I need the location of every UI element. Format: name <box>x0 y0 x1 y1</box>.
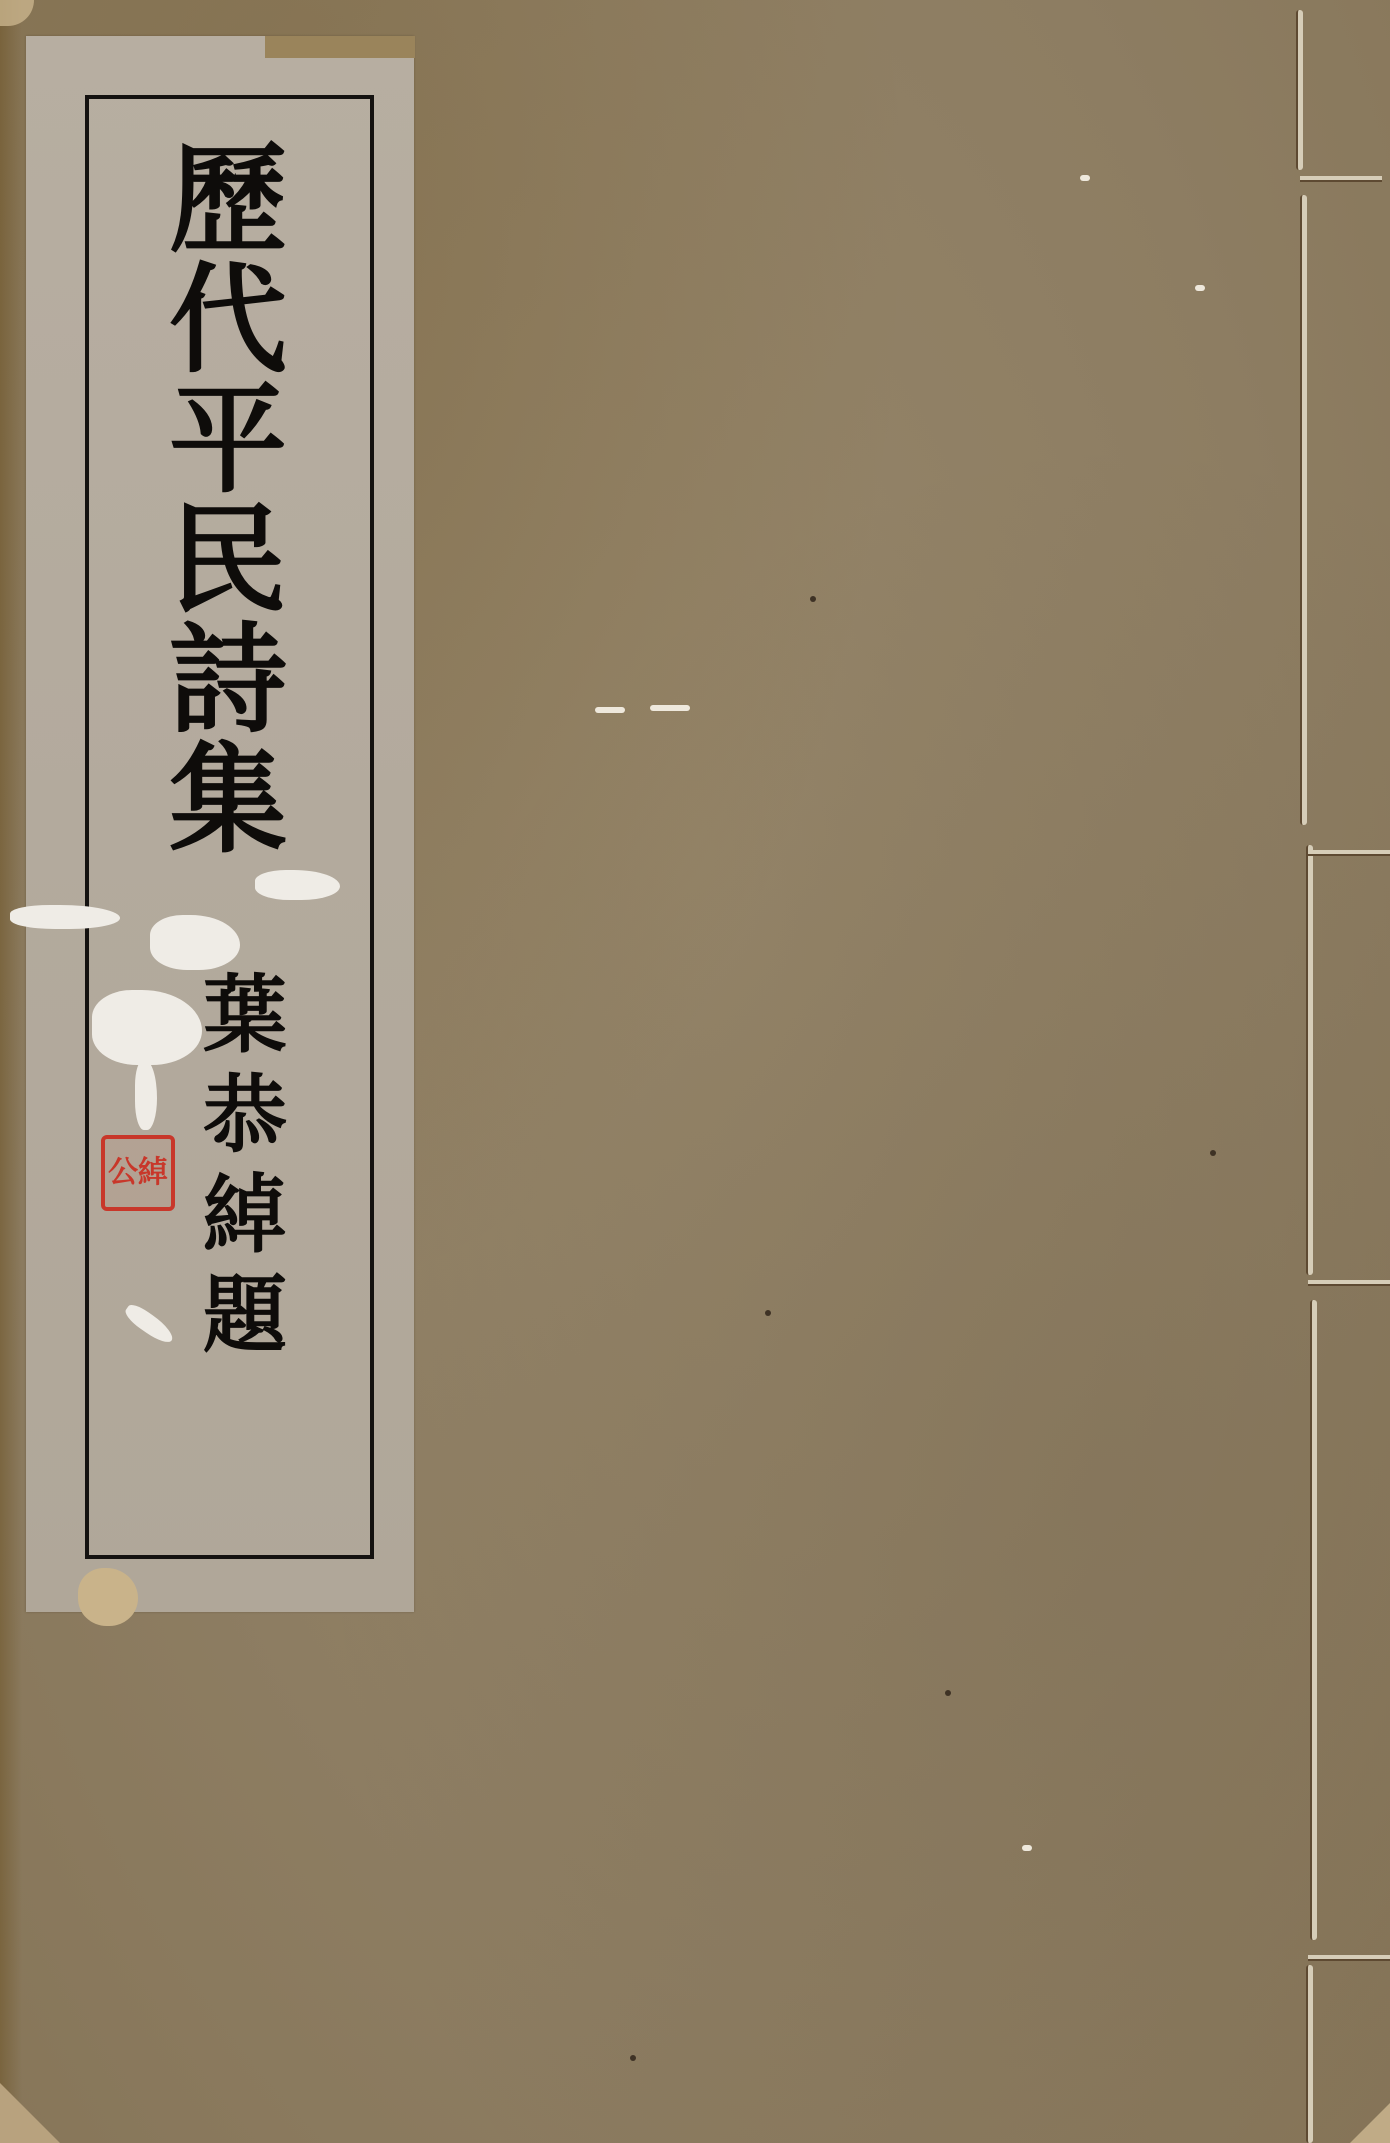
paper-fleck <box>1022 1845 1032 1851</box>
paper-speck <box>810 596 816 602</box>
title-char: 詩 <box>169 620 287 740</box>
inscription-char: 恭 <box>203 1065 287 1165</box>
binding-stitch <box>1308 1955 1390 1961</box>
binding-thread <box>1300 195 1307 825</box>
inscription-char: 葉 <box>203 965 287 1065</box>
title-char: 平 <box>169 380 287 500</box>
inscription-char: 題 <box>203 1265 287 1365</box>
binding-stitch <box>1308 1280 1390 1286</box>
red-seal-stamp: 公 綽 <box>101 1135 175 1211</box>
paper-fleck <box>1080 175 1090 181</box>
binding-stitch <box>1308 850 1390 856</box>
title-char: 歷 <box>169 140 287 260</box>
inscription-char: 綽 <box>203 1165 287 1265</box>
book-title: 歷 代 平 民 詩 集 <box>118 140 338 860</box>
binding-thread <box>1296 10 1303 170</box>
seal-char: 綽 <box>138 1155 168 1191</box>
paper-speck <box>1210 1150 1216 1156</box>
paper-tear <box>10 905 120 929</box>
cover-left-edge <box>0 0 22 2143</box>
paper-fleck <box>650 705 690 711</box>
label-torn-top-edge <box>265 36 415 58</box>
title-char: 民 <box>169 500 287 620</box>
binding-thread <box>1310 1300 1317 1940</box>
paper-speck <box>945 1690 951 1696</box>
binding-thread <box>1306 1965 1313 2143</box>
seal-char: 公 <box>108 1155 138 1191</box>
worn-corner-bottom-left <box>0 2083 60 2143</box>
worn-corner-bottom-right <box>1350 2103 1390 2143</box>
title-char: 代 <box>169 260 287 380</box>
binding-stitch <box>1300 176 1382 182</box>
paper-fleck <box>595 707 625 713</box>
paper-speck <box>630 2055 636 2061</box>
paper-speck <box>765 1310 771 1316</box>
paper-stain <box>78 1568 138 1626</box>
paper-fleck <box>1195 285 1205 291</box>
inscription: 葉 恭 綽 題 <box>180 965 310 1365</box>
paper-tear <box>255 870 340 900</box>
title-char: 集 <box>169 740 287 860</box>
binding-thread <box>1306 845 1313 1275</box>
